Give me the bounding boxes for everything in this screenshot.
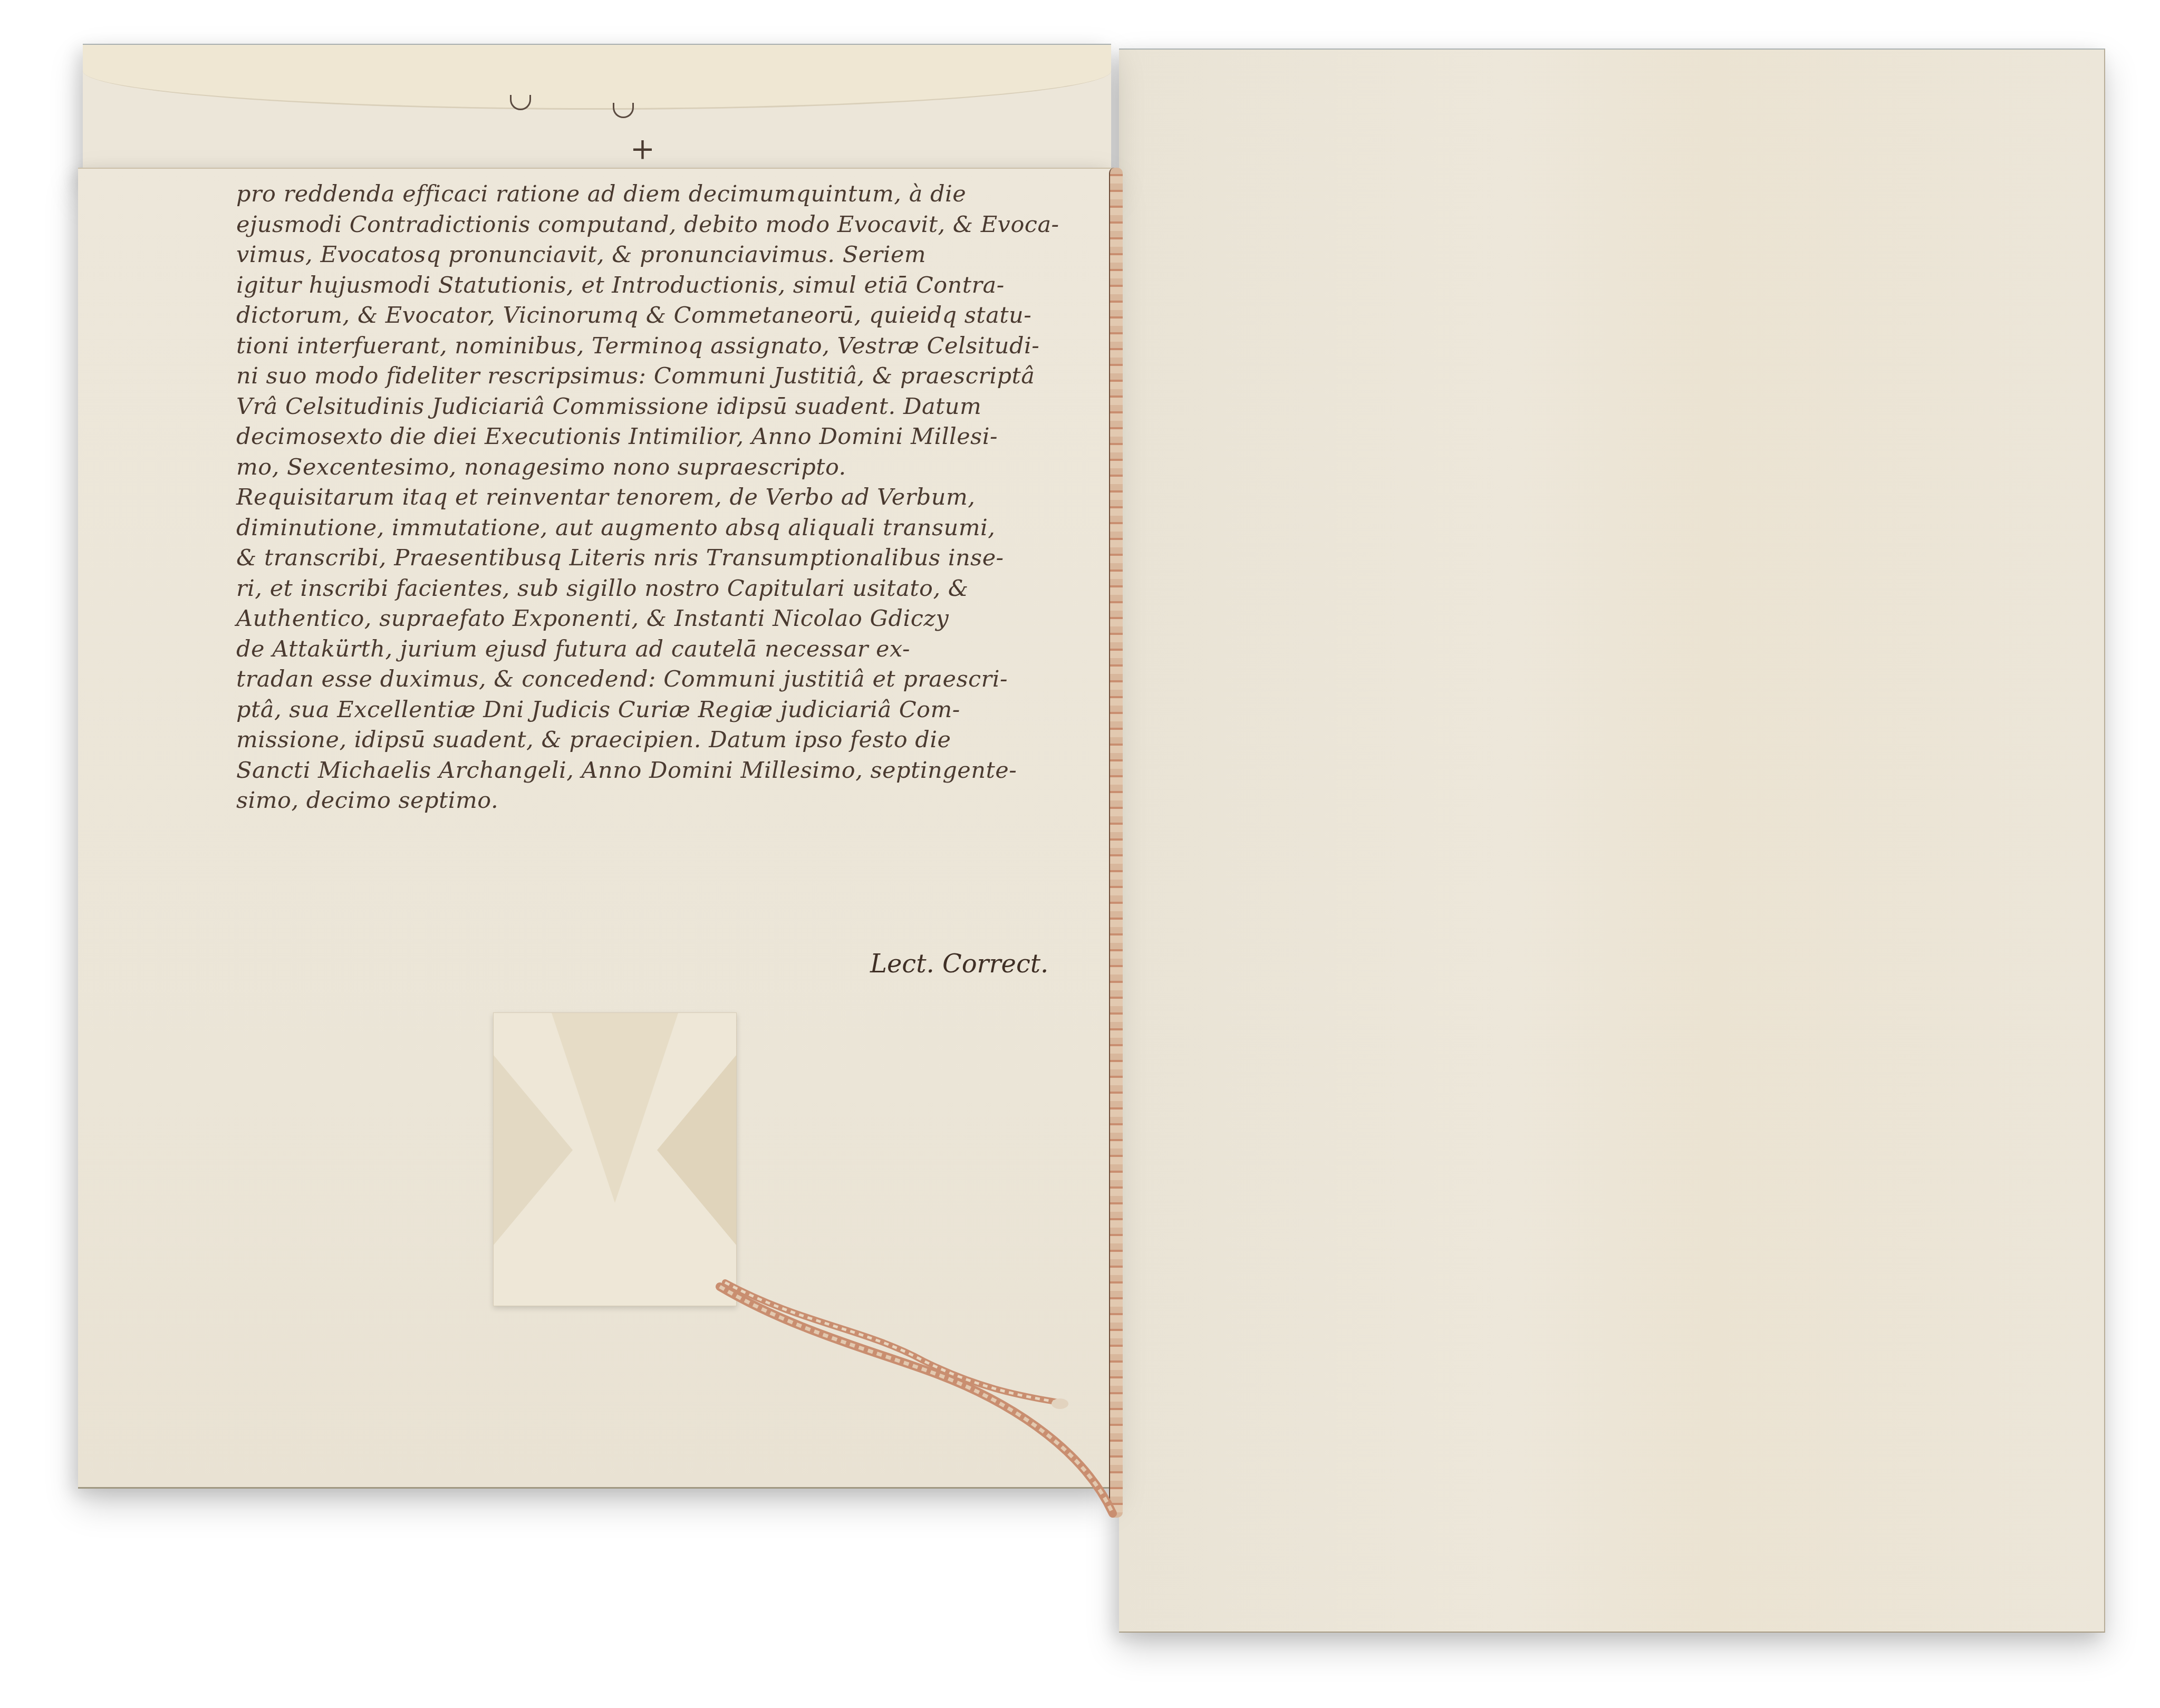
folded-top-sheet	[83, 44, 1111, 182]
text-line: ni suo modo fideliter rescripsimus: Comm…	[236, 361, 1106, 392]
text-line: tioni interfuerant, nominibus, Terminoq …	[236, 331, 1106, 362]
text-line: ptâ, sua Excellentiæ Dni Judicis Curiæ R…	[236, 695, 1106, 726]
text-line: ejusmodi Contradictionis computand, debi…	[236, 210, 1106, 240]
text-line: dictorum, & Evocator, Vicinorumq & Comme…	[236, 301, 1106, 331]
text-line: diminutione, immutatione, aut augmento a…	[236, 513, 1106, 544]
text-line: Authentico, supraefato Exponenti, & Inst…	[236, 604, 1106, 634]
ink-trace-mark	[613, 103, 634, 118]
binding-cord	[1109, 168, 1123, 1518]
text-line: mo, Sexcentesimo, nonagesimo nono suprae…	[236, 452, 1106, 483]
text-line: pro reddenda efficaci ratione ad diem de…	[236, 179, 1106, 210]
text-line: Vrâ Celsitudinis Judiciariâ Commissione …	[236, 392, 1106, 422]
top-flap-fold	[83, 45, 1111, 110]
paper-seal	[493, 1012, 737, 1306]
cross-mark: +	[630, 132, 655, 166]
text-line: decimosexto die diei Executionis Intimil…	[236, 422, 1106, 452]
text-line: missione, idipsū suadent, & praecipien. …	[236, 725, 1106, 756]
right-blank-page	[1119, 49, 2105, 1633]
text-line: simo, decimo septimo.	[236, 786, 1106, 816]
text-line: ri, et inscribi facientes, sub sigillo n…	[236, 574, 1106, 604]
text-line: Requisitarum itaq et reinventar tenorem,…	[236, 483, 1106, 513]
signature: Lect. Correct.	[870, 949, 1048, 979]
text-line: vimus, Evocatosq pronunciavit, & pronunc…	[236, 240, 1106, 271]
text-line: tradan esse duximus, & concedend: Commun…	[236, 664, 1106, 695]
text-line: de Attakürth, jurium ejusd futura ad cau…	[236, 634, 1106, 665]
manuscript-text: pro reddenda efficaci ratione ad diem de…	[236, 179, 1106, 816]
text-line: igitur hujusmodi Statutionis, et Introdu…	[236, 271, 1106, 301]
text-line: Sancti Michaelis Archangeli, Anno Domini…	[236, 756, 1106, 786]
text-line: & transcribi, Praesentibusq Literis nris…	[236, 543, 1106, 574]
seal-fold-top	[552, 1013, 678, 1203]
